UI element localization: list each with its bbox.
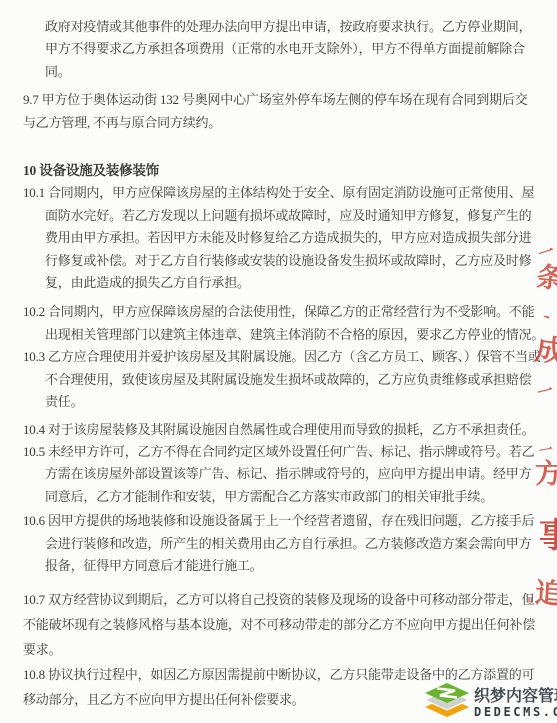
clause-line: 不合理使用，致使该房屋及其附属设施发生损坏或故障的，乙方应负责维修或承担赔偿 [23,369,537,391]
clause-10-7: 10.7 双方经营协议到期后，乙方可以将自己投资的装修及现场的设备中可移动部分带… [23,587,537,662]
red-annotation-fragment: 条 [535,255,557,297]
red-annotation-fragment: 追 [534,571,557,613]
clause-line: 复，由此造成的损失乙方自行承担。 [23,272,537,294]
dedecms-logo-icon [424,681,470,723]
red-annotation-fragment: 方 [535,452,557,491]
clause-line: 责任。 [23,391,537,413]
dedecms-watermark: 织梦内容管理系统 DEDECMS.COM [424,681,557,723]
clause-line: 10.4 对于该房屋装修及其附属设施因自然属性或合理使用而导致的损耗，乙方不承担… [23,419,537,441]
clause-line: 10.1 合同期内，甲方应保障该房屋的主体结构处于安全、原有固定消防设施可正常使… [23,182,537,204]
contract-body: 政府对疫情或其他事件的处理办法向甲方提出申请，按政府要求执行。乙方停业期间， 甲… [23,16,537,712]
red-annotation-fragment: 一 [535,238,557,265]
clause-10-4: 10.4 对于该房屋装修及其附属设施因自然属性或合理使用而导致的损耗，乙方不承担… [23,419,537,441]
red-annotation-fragment: 事 [539,508,557,557]
clause-line: 会进行装修和改造，所产生的相关费用由乙方自行承担。乙方装修改造方案会需向甲方 [23,533,537,555]
clause-line: 不能破坏现有之装修风格与基本设施，对不可移动带走的部分乙方不应向甲方提出任何补偿 [23,612,537,637]
clause-10-5: 10.5 未经甲方许可，乙方不得在合同约定区域外设置任何广告、标记、指示牌或符号… [23,441,537,508]
clause-line: 方需在该房屋外部设置该等广告、标记、指示牌或符号的，应向甲方提出申请。经甲方 [23,463,537,485]
clause-line: 同意后，乙方才能制作和安装，甲方需配合乙方落实市政部门的相关审批手续。 [23,486,537,508]
clause-10-1: 10.1 合同期内，甲方应保障该房屋的主体结构处于安全、原有固定消防设施可正常使… [23,182,537,294]
clause-line: 面防水完好。若乙方发现以上问题有损坏或故障时，应及时通知甲方修复，修复产生的 [23,205,537,227]
clause-line: 报备，征得甲方同意后才能进行施工。 [23,555,537,577]
watermark-cn-label: 织梦内容管理系统 [474,689,557,706]
clause-9-6-continuation: 政府对疫情或其他事件的处理办法向甲方提出申请，按政府要求执行。乙方停业期间， 甲… [23,16,537,83]
clause-line: 10.7 双方经营协议到期后，乙方可以将自己投资的装修及现场的设备中可移动部分带… [23,587,537,612]
clause-line: 与乙方管理, 不再与原合同方续约。 [23,112,537,134]
red-annotation-fragment: 、 [537,298,557,324]
red-annotation-fragment: 一 [537,439,554,461]
scanned-contract-page: 政府对疫情或其他事件的处理办法向甲方提出申请，按政府要求执行。乙方停业期间， 甲… [0,0,557,723]
clause-line: 出现相关管理部门以建筑主体违章、建筑主体消防不合格的原因，要求乙方停业的情况。 [23,324,537,346]
clause-line: 10.5 未经甲方许可，乙方不得在合同约定区域外设置任何广告、标记、指示牌或符号… [23,441,537,463]
clause-line: 要求。 [23,637,537,662]
clause-line: 10.3 乙方应合理使用并爱护该房屋及其附属设施。因乙方（含乙方员工、顾客、）保… [23,346,537,368]
watermark-en-label: DEDECMS.COM [474,706,557,719]
clause-10-3: 10.3 乙方应合理使用并爱护该房屋及其附属设施。因乙方（含乙方员工、顾客、）保… [23,346,537,413]
clause-10-2: 10.2 合同期内，甲方应保障该房屋的合法使用性，保障乙方的正常经营行为不受影响… [23,301,537,346]
red-annotation-fragment: 一 [534,377,555,403]
clause-line: 政府对疫情或其他事件的处理办法向甲方提出申请，按政府要求执行。乙方停业期间， [23,16,537,38]
clause-line: 10.2 合同期内，甲方应保障该房屋的合法使用性，保障乙方的正常经营行为不受影响… [23,301,537,323]
clause-9-7: 9.7 甲方位于奥体运动街 132 号奥网中心广场室外停车场左侧的停车场在现有合… [23,89,537,134]
clause-line: 甲方不得要求乙方承担各项费用（正常的水电开支除外），甲方不得单方面提前解除合 [23,38,537,60]
clause-line: 同。 [23,61,537,83]
clause-line: 行修复或补偿。对于乙方自行装修或安装的设施设备发生损坏或故障时，乙方应及时修 [23,250,537,272]
clause-line: 9.7 甲方位于奥体运动街 132 号奥网中心广场室外停车场左侧的停车场在现有合… [23,89,537,111]
watermark-text: 织梦内容管理系统 DEDECMS.COM [474,689,557,718]
clause-10-6: 10.6 因甲方提供的场地装修和设施设备属于上一个经营者遗留，存在残旧问题，乙方… [23,510,537,577]
clause-line: 费用由甲方承担。若因甲方未能及时修复给乙方造成损失的，甲方应对造成损失部分进 [23,227,537,249]
clause-line: 10.6 因甲方提供的场地装修和设施设备属于上一个经营者遗留，存在残旧问题，乙方… [23,510,537,532]
section-10-heading: 10 设备设施及装修装饰 [23,160,537,182]
